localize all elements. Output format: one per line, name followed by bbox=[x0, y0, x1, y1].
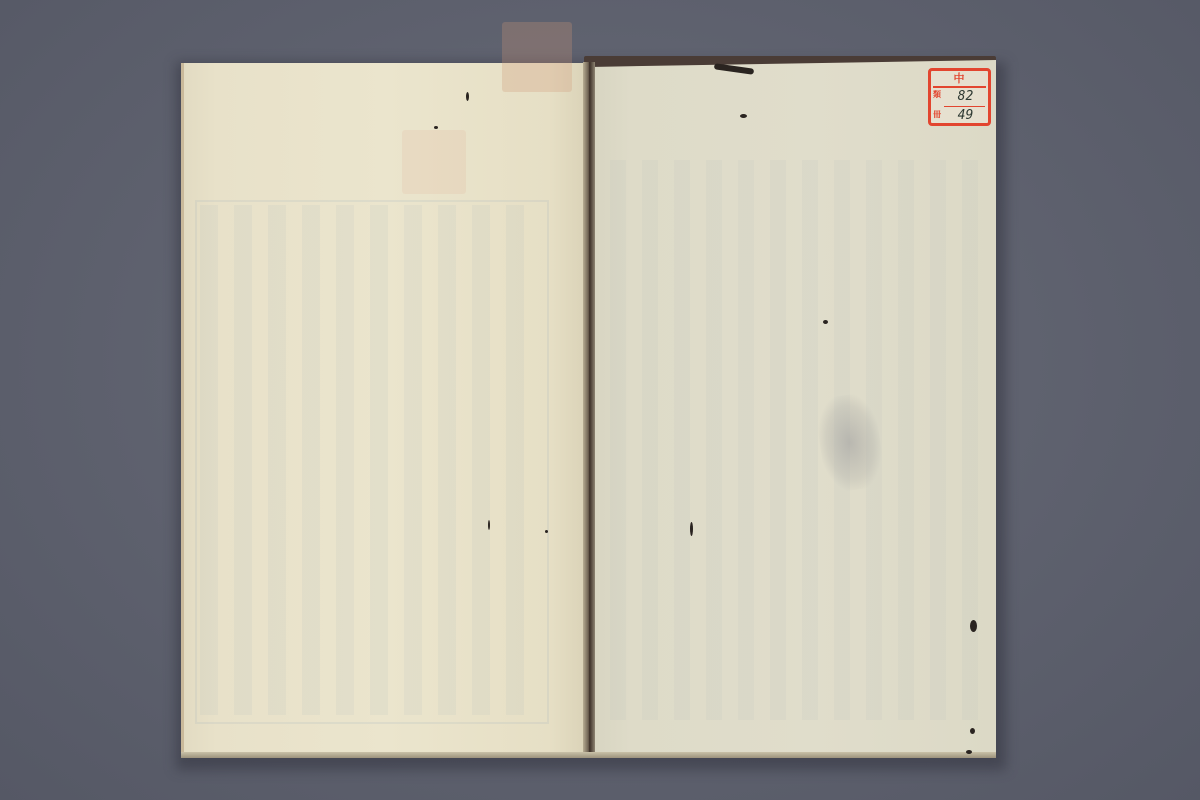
stamp-side-label-top: 類 bbox=[933, 89, 943, 99]
stamp-header: 中 bbox=[933, 72, 986, 88]
speck bbox=[740, 114, 747, 118]
left-page-bleed-through-text bbox=[200, 205, 540, 715]
stamp-side-label-bottom: 冊 bbox=[933, 109, 943, 119]
speck bbox=[970, 728, 975, 734]
faint-seal-offset-2 bbox=[402, 130, 466, 194]
collection-stamp: 中 類 82 冊 49 bbox=[928, 68, 991, 126]
book-spine-gutter bbox=[583, 62, 595, 758]
stamp-number-bottom: 49 bbox=[947, 108, 984, 124]
speck bbox=[488, 520, 490, 530]
speck bbox=[466, 92, 469, 101]
speck bbox=[823, 320, 828, 324]
speck bbox=[545, 530, 548, 533]
faint-seal-offset bbox=[502, 22, 572, 92]
speck bbox=[970, 620, 977, 632]
speck bbox=[434, 126, 438, 129]
stamp-number-top: 82 bbox=[947, 89, 984, 105]
speck bbox=[966, 750, 972, 754]
stamp-divider bbox=[944, 106, 985, 107]
page-bottom-edge bbox=[181, 752, 996, 758]
right-page-bleed-through-text bbox=[610, 160, 980, 720]
speck bbox=[690, 522, 693, 536]
